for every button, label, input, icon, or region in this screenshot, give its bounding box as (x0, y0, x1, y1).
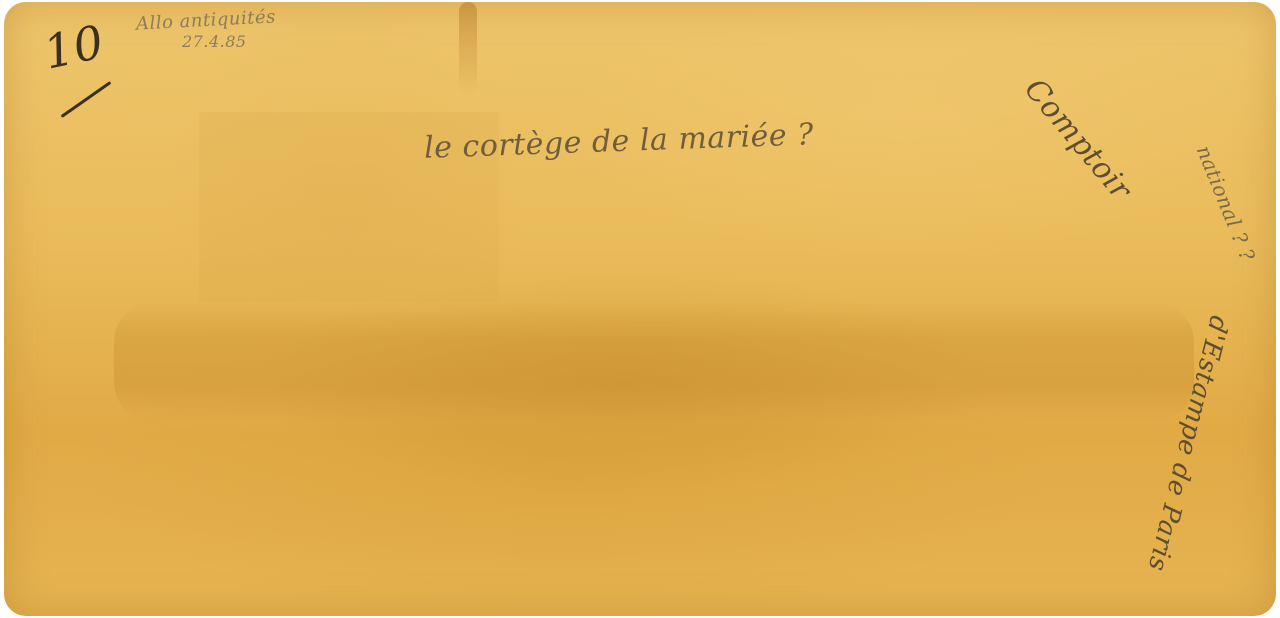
stereoview-card-back: 10 Allo antiquités 27.4.85 le cortège de… (4, 2, 1276, 616)
water-stain-band (114, 302, 1194, 422)
publisher-note-2: national ? ? (1192, 142, 1260, 265)
date-note: 27.4.85 (182, 32, 247, 51)
dealer-note: Allo antiquités (136, 6, 277, 34)
inventory-number: 10 (39, 14, 108, 79)
drip-stain (459, 2, 477, 97)
number-underline (61, 81, 112, 118)
publisher-note-1: Comptoir (1017, 72, 1138, 207)
